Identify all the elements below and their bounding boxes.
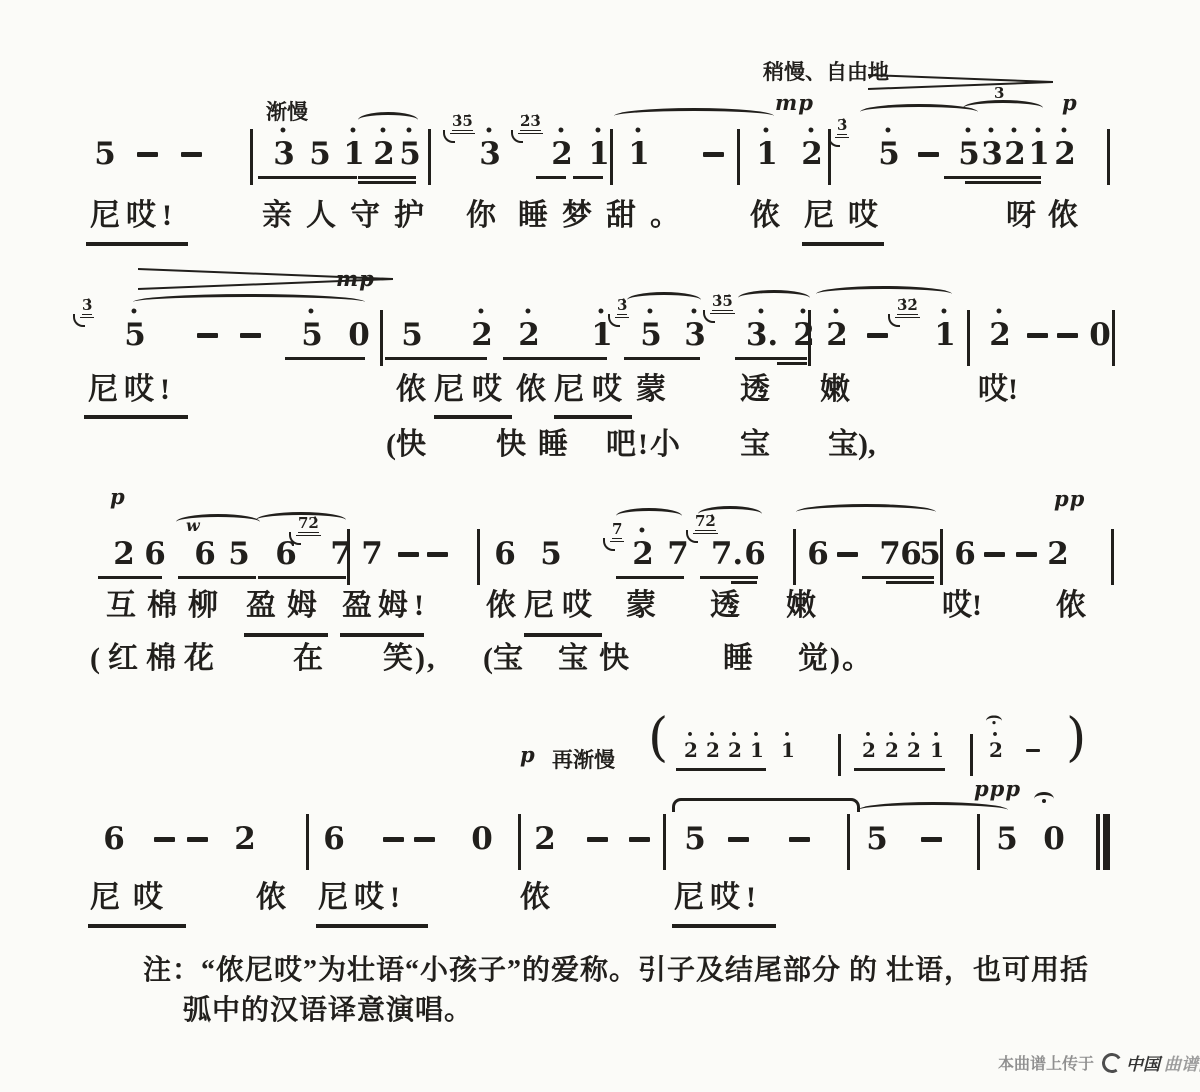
note: 0 (342, 318, 376, 352)
duration-dash (728, 837, 749, 842)
fermata (1034, 792, 1054, 806)
duration-dash (1027, 333, 1048, 338)
sheet-music-page: 本曲谱上传于 中国 曲谱网 5•35•1•2•5•3•2•1•1•1•2•5•5… (0, 0, 1200, 1092)
lyric-text: 睡梦甜。 (518, 198, 694, 234)
note: •2 (857, 732, 881, 761)
note-digit: 5 (860, 822, 894, 856)
grace-note: 7 (610, 522, 624, 542)
note: •2 (880, 732, 904, 761)
note-digit: 6 (488, 537, 522, 571)
mordent-icon: w (186, 516, 200, 535)
note: 5 (395, 318, 429, 352)
grace-digits: 2̇3̇ (520, 114, 541, 131)
note: •2 (679, 732, 703, 761)
lyric-text: 尼哎 (804, 198, 892, 234)
note: •1 (337, 127, 371, 171)
dynamic-mark: p (520, 742, 536, 767)
note: 2 (1041, 537, 1075, 571)
note-digit: 5 (534, 537, 568, 571)
note-digit: 2 (1041, 537, 1075, 571)
slur-tie (133, 294, 365, 310)
note-digit: 5 (118, 318, 152, 352)
lyric-text: (宝 (483, 641, 523, 677)
note: •1 (776, 732, 800, 761)
barline (940, 529, 943, 585)
duration-dash (918, 152, 939, 157)
fermata (986, 715, 1002, 726)
watermark-site-strong: 中国 (1126, 1050, 1160, 1075)
beam-underline (503, 357, 607, 360)
beam-underline (98, 576, 162, 579)
dynamic-mark: p (1062, 90, 1078, 115)
note-digit: 7 (661, 537, 695, 571)
dynamic-mark: ppp (974, 776, 1021, 801)
beam-underline (777, 362, 807, 365)
note: 0 (465, 822, 499, 856)
note-digit: 2 (701, 740, 725, 761)
lyric-text: 宝), (828, 427, 876, 463)
slur-tie (672, 798, 860, 812)
grace-note: 3̇5̇ (710, 294, 735, 314)
duration-dash (1026, 749, 1040, 752)
beam-underline (735, 357, 779, 360)
lyric-text: 盈姆 (246, 588, 328, 624)
beam-underline (862, 576, 934, 579)
note-digit: 6 (948, 537, 982, 571)
note-digit: 6 (738, 537, 772, 571)
grace-digits: 3̇5̇ (452, 114, 473, 131)
lyric-text: 笑), (383, 641, 437, 677)
barline (1103, 814, 1110, 870)
lyric-text: 尼哎 (90, 880, 176, 916)
lyric-underline (84, 415, 188, 419)
slur-tie (616, 508, 682, 524)
note: •1 (622, 127, 656, 171)
lyric-underline (88, 924, 186, 928)
duration-dash (154, 837, 175, 842)
barline (663, 814, 666, 870)
lyric-text: 盈姆! (342, 588, 430, 624)
note-digit: 1 (925, 740, 949, 761)
lyric-text: 尼哎! (88, 372, 176, 408)
note-digit: 0 (465, 822, 499, 856)
note-digit: 6 (317, 822, 351, 856)
lyric-text: 透 (710, 588, 740, 624)
note: •2 (701, 732, 725, 761)
note: 6 (97, 822, 131, 856)
beam-underline (731, 581, 757, 584)
duration-dash (867, 333, 888, 338)
note-digit: 3. (745, 318, 779, 352)
lyric-text: 侬尼哎 (396, 372, 510, 408)
duration-dash (137, 152, 158, 157)
beam-underline (573, 176, 603, 179)
duration-dash (240, 333, 261, 338)
note: •3 (267, 127, 301, 171)
lyric-text: 尼哎! (90, 198, 178, 234)
note: •5 (118, 308, 152, 352)
tempo-mark: 稍慢、自由地 (763, 56, 889, 86)
tempo-mark: 再渐慢 (552, 744, 615, 774)
lyric-text: 蒙 (626, 588, 656, 624)
duration-dash (414, 837, 435, 842)
beam-underline (899, 768, 945, 771)
barline (967, 310, 970, 366)
footnote-line: 注：“侬尼哎”为壮语“小孩子”的爱称。引子及结尾部分 的 壮语，也可用括 (143, 948, 1089, 988)
slur-tie (698, 506, 762, 522)
note-digit: 3 (267, 137, 301, 171)
note: 6 (948, 537, 982, 571)
dynamic-mark: mp (336, 266, 375, 291)
beam-underline (258, 176, 328, 179)
note-digit: 1 (337, 137, 371, 171)
note-digit: 6 (188, 537, 222, 571)
grace-note: 3̇ (80, 298, 94, 318)
grace-note: 3̇ (835, 118, 849, 138)
note: 6 (801, 537, 835, 571)
note-digit: 2 (465, 318, 499, 352)
note: 0 (1037, 822, 1071, 856)
lyric-underline (672, 924, 776, 928)
note-digit: 1 (776, 740, 800, 761)
duration-dash (587, 837, 608, 842)
note-digit: 5 (295, 318, 329, 352)
note: •2 (626, 527, 660, 571)
beam-underline (616, 576, 684, 579)
barline (428, 129, 431, 185)
duration-dash (383, 837, 404, 842)
barline (847, 814, 850, 870)
slur-tie (796, 504, 936, 520)
lyric-underline (524, 633, 602, 637)
note-digit: 5 (222, 537, 256, 571)
note-digit: 2 (983, 318, 1017, 352)
note: 2 (228, 822, 262, 856)
note-digit: 2 (787, 318, 821, 352)
duration-dash (629, 837, 650, 842)
barline (1107, 129, 1110, 185)
slur-tie (860, 104, 978, 120)
note-digit: 2 (880, 740, 904, 761)
duration-dash (703, 152, 724, 157)
lyric-text: 睡 (723, 641, 753, 677)
lyric-text: 哎! (978, 372, 1018, 408)
grace-note: 3̇5̇ (450, 114, 475, 134)
note-digit: 2 (512, 318, 546, 352)
dynamic-mark: p (110, 484, 126, 509)
duration-dash (187, 837, 208, 842)
beam-underline (358, 176, 416, 179)
note: 2 (528, 822, 562, 856)
beam-underline (178, 576, 256, 579)
slur-tie (963, 100, 1043, 116)
lyric-text: 尼哎! (318, 880, 406, 916)
note-digit: 1 (622, 137, 656, 171)
note: 6 (188, 537, 222, 571)
grace-digits: 3̇5̇ (712, 294, 733, 311)
duration-dash (427, 552, 448, 557)
note: 5 (678, 822, 712, 856)
decrescendo-hairpin (868, 74, 1053, 95)
barline (610, 129, 613, 185)
note: •5 (634, 308, 668, 352)
note-digit: 5 (678, 822, 712, 856)
beam-underline (624, 357, 700, 360)
parenthesis: ) (1066, 712, 1086, 764)
note: 6 (138, 537, 172, 571)
note-digit: 2 (902, 740, 926, 761)
beam-underline (965, 176, 1041, 179)
note: 5 (990, 822, 1024, 856)
duration-dash (398, 552, 419, 557)
note-digit: 5 (872, 137, 906, 171)
parenthesis: ( (648, 712, 668, 764)
note: 7 (661, 537, 695, 571)
lyric-text: 吧!小 (606, 427, 682, 463)
note: 5 (303, 137, 337, 171)
note: •2 (545, 127, 579, 171)
note-digit: 6 (138, 537, 172, 571)
note: •2 (795, 127, 829, 171)
beam-underline (358, 181, 416, 184)
note-digit: 2 (857, 740, 881, 761)
lyric-underline (802, 242, 884, 246)
barline (838, 734, 841, 776)
duration-dash (181, 152, 202, 157)
slur-tie (738, 290, 810, 306)
lyric-text: 互棉柳 (106, 588, 229, 624)
note: 7 (324, 537, 358, 571)
dynamic-mark: mp (775, 90, 814, 115)
note: •1 (928, 308, 962, 352)
barline (347, 529, 350, 585)
note-digit: 7 (355, 537, 389, 571)
duration-dash (837, 552, 858, 557)
lyric-text: 觉)。 (798, 641, 874, 677)
beam-underline (385, 357, 487, 360)
tuplet-number: 3 (994, 84, 1004, 102)
note-digit: 1 (928, 318, 962, 352)
note: •2 (512, 308, 546, 352)
barline (477, 529, 480, 585)
barline (1111, 529, 1114, 585)
beam-underline (258, 576, 346, 579)
note-digit: 2 (795, 137, 829, 171)
barline (793, 529, 796, 585)
note-digit: 1 (750, 137, 784, 171)
note-digit: 3 (473, 137, 507, 171)
note: 5 (534, 537, 568, 571)
lyric-underline (244, 633, 328, 637)
grace-digits: 7 (612, 522, 622, 539)
lyric-text: 蒙 (636, 372, 666, 408)
beam-underline (700, 576, 758, 579)
duration-dash (984, 552, 1005, 557)
lyric-text: 亲人守护 (262, 198, 438, 234)
grace-digits: 3̇ (617, 298, 627, 315)
note-digit: 5 (303, 137, 337, 171)
slur-tie (627, 292, 701, 308)
grace-note: 2̇3̇ (518, 114, 543, 134)
slur-tie (358, 112, 418, 128)
barline (1112, 310, 1115, 366)
note: •1 (925, 732, 949, 761)
lyric-text: 嫩 (820, 372, 850, 408)
note: •5 (872, 127, 906, 171)
watermark-site-light: 曲谱网 (1164, 1050, 1200, 1075)
watermark: 本曲谱上传于 中国 曲谱网 (998, 1050, 1200, 1075)
grace-digits: 3̇ (837, 118, 847, 135)
note-digit: 2 (679, 740, 703, 761)
beam-underline (327, 176, 357, 179)
note-digit: 3 (678, 318, 712, 352)
note: •2 (983, 308, 1017, 352)
note: 6 (738, 537, 772, 571)
beam-underline (676, 768, 722, 771)
lyric-text: 侬 (520, 880, 550, 916)
note: 2 (107, 537, 141, 571)
barline (306, 814, 309, 870)
note-digit: 2 (626, 537, 660, 571)
lyric-underline (86, 242, 188, 246)
beam-underline (854, 768, 900, 771)
lyric-text: 尼哎! (674, 880, 762, 916)
note-digit: 5 (88, 137, 122, 171)
note: •3 (473, 127, 507, 171)
cqp-logo-icon (1100, 1051, 1124, 1075)
note-digit: 5 (393, 137, 427, 171)
lyric-text: 侬 (256, 880, 286, 916)
tempo-mark: 渐慢 (266, 96, 308, 126)
duration-dash (921, 837, 942, 842)
note-digit: 2 (228, 822, 262, 856)
note: •2 (723, 732, 747, 761)
beam-underline (965, 181, 1041, 184)
lyric-text: 侬尼哎 (486, 588, 600, 624)
lyric-underline (316, 924, 428, 928)
note-digit: 1 (745, 740, 769, 761)
duration-dash (789, 837, 810, 842)
lyric-text: 在 (293, 641, 323, 677)
lyric-text: 嫩 (786, 588, 816, 624)
duration-dash (197, 333, 218, 338)
slur-tie (256, 512, 346, 528)
slur-tie (816, 286, 952, 302)
note: 5 (222, 537, 256, 571)
note-digit: 2 (1048, 137, 1082, 171)
note-digit: 2 (820, 318, 854, 352)
note: •2 (465, 308, 499, 352)
note: •2 (984, 732, 1008, 761)
lyric-underline (554, 415, 632, 419)
lyric-text: 你 (466, 198, 496, 234)
note: •5 (393, 127, 427, 171)
beam-underline (536, 176, 566, 179)
note: 5 (88, 137, 122, 171)
note: •2 (820, 308, 854, 352)
beam-underline (285, 357, 365, 360)
note: 7 (355, 537, 389, 571)
grace-digits: 3̇ (82, 298, 92, 315)
duration-dash (1057, 333, 1078, 338)
note-digit: 2 (107, 537, 141, 571)
barline (737, 129, 740, 185)
slur-tie (614, 108, 774, 124)
dynamic-mark: pp (1054, 486, 1085, 511)
lyric-text: 侬 (750, 198, 780, 234)
barline (518, 814, 521, 870)
footnote-line: 弧中的汉语译意演唱。 (183, 988, 473, 1028)
lyric-text: 呀侬 (1006, 198, 1090, 234)
barline (808, 310, 811, 366)
barline (380, 310, 383, 366)
barline (970, 734, 973, 776)
note-digit: 5 (990, 822, 1024, 856)
lyric-text: 透 (740, 372, 770, 408)
note-digit: 6 (97, 822, 131, 856)
beam-underline (777, 357, 807, 360)
duration-dash (1016, 552, 1037, 557)
lyric-text: 宝 (740, 427, 770, 463)
lyric-text: 宝快 (558, 641, 640, 677)
note: 6 (488, 537, 522, 571)
note: 6 (317, 822, 351, 856)
note: •1 (745, 732, 769, 761)
note: •1 (750, 127, 784, 171)
note-digit: 7 (324, 537, 358, 571)
lyric-text: 侬 (1056, 588, 1086, 624)
lyric-underline (340, 633, 424, 637)
note: •3. (745, 308, 779, 352)
note-digit: 6 (801, 537, 835, 571)
note-digit: 0 (1037, 822, 1071, 856)
note: •2 (902, 732, 926, 761)
beam-underline (720, 768, 766, 771)
watermark-text: 本曲谱上传于 (998, 1051, 1094, 1074)
note-digit: 2 (528, 822, 562, 856)
note-digit: 2 (723, 740, 747, 761)
lyric-text: (红棉花 (90, 641, 222, 677)
lyric-text: 侬尼哎 (516, 372, 630, 408)
lyric-underline (434, 415, 512, 419)
note: •2 (1048, 127, 1082, 171)
note-digit: 0 (342, 318, 376, 352)
lyric-text: 快睡 (496, 427, 580, 463)
note: 5 (860, 822, 894, 856)
note-digit: 5 (634, 318, 668, 352)
note-digit: 2 (545, 137, 579, 171)
lyric-text: (快 (386, 427, 426, 463)
barline (250, 129, 253, 185)
lyric-text: 哎! (942, 588, 982, 624)
note: •2 (787, 308, 821, 352)
note: •5 (295, 308, 329, 352)
barline (977, 814, 980, 870)
beam-underline (886, 581, 934, 584)
note-digit: 5 (395, 318, 429, 352)
note-digit: 2 (984, 740, 1008, 761)
barline (1096, 814, 1100, 870)
slur-tie (858, 802, 1008, 818)
